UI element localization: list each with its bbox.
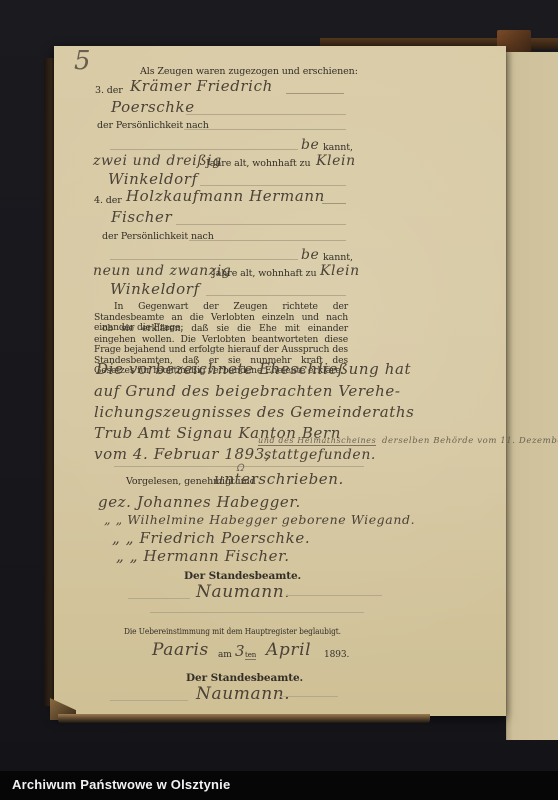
entry4-age: neun und zwanzig bbox=[93, 263, 231, 279]
registrar-signature: Naumann. bbox=[196, 582, 290, 602]
entry3-prefix: 3. der bbox=[95, 85, 123, 96]
note-line3: lichungszeugnisses des Gemeinderaths bbox=[94, 403, 414, 421]
entry4-be: be bbox=[301, 247, 319, 263]
entry4-name-line1: Holzkaufmann Hermann bbox=[126, 187, 325, 205]
note-line2: auf Grund des beigebrachten Verehe- bbox=[94, 382, 401, 400]
archive-caption-bar: Archiwum Państwowe w Olsztynie bbox=[0, 771, 558, 800]
entry3-age-suffix: Jahre alt, wohnhaft zu bbox=[206, 158, 310, 169]
entry4-age-suffix: Jahre alt, wohnhaft zu bbox=[212, 268, 316, 279]
signature-4: „ „ Hermann Fischer. bbox=[116, 547, 290, 565]
cert-am: am bbox=[218, 650, 232, 660]
entry3-be: be bbox=[301, 137, 319, 153]
entry3-age: zwei und dreißig bbox=[93, 153, 222, 169]
register-page: 5 Als Zeugen waren zugezogen und erschie… bbox=[54, 46, 506, 716]
certification-text: Die Uebereinstimmung mit dem Hauptregist… bbox=[124, 627, 341, 636]
registrar2-label: Der Standesbeamte. bbox=[186, 672, 303, 684]
note-stattgefunden: stattgefunden. bbox=[264, 447, 376, 463]
cert-day: 3 bbox=[235, 642, 245, 660]
signature-2: „ „ Wilhelmine Habegger geborene Wiegand… bbox=[104, 512, 415, 527]
cert-year: 1893. bbox=[324, 650, 349, 660]
note-line1: Die vorbezeichnete Eheschließung hat bbox=[96, 360, 411, 378]
witnesses-heading: Als Zeugen waren zugezogen und erschiene… bbox=[140, 66, 358, 77]
entry3-kannt: kannt, bbox=[323, 142, 353, 153]
entry4-name-line2: Fischer bbox=[111, 208, 172, 226]
archive-name: Archiwum Państwowe w Olsztynie bbox=[12, 777, 230, 792]
signature-1: gez. Johannes Habegger. bbox=[98, 493, 301, 511]
entry4-kannt: kannt, bbox=[323, 252, 353, 263]
note-margin: derselben Behörde vom 11. Dezember bbox=[382, 436, 558, 446]
note-insert-above: und des Heimathscheines bbox=[258, 436, 376, 446]
entry4-place2: Winkeldorf bbox=[110, 280, 200, 298]
registrar2-signature: Naumann. bbox=[196, 684, 290, 704]
entry3-name-line1: Krämer Friedrich bbox=[130, 77, 273, 95]
cert-place: Paaris bbox=[152, 640, 209, 660]
entry3-place1: Klein bbox=[316, 153, 356, 169]
page-number: 5 bbox=[74, 46, 91, 76]
note-date: vom 4. Februar 1893, bbox=[94, 445, 270, 463]
entry3-name-line2: Poerschke bbox=[111, 98, 195, 116]
entry4-place1: Klein bbox=[320, 263, 360, 279]
registrar-label: Der Standesbeamte. bbox=[184, 570, 301, 582]
page-stack-edge bbox=[58, 714, 430, 723]
facing-page-edge bbox=[506, 52, 558, 740]
entry3-place2: Winkeldorf bbox=[108, 170, 198, 188]
cert-ten: ten bbox=[245, 651, 256, 660]
entry4-prefix: 4. der bbox=[94, 195, 122, 206]
signature-3: „ „ Friedrich Poerschke. bbox=[112, 529, 310, 547]
readout-hw: unterschrieben. bbox=[214, 470, 344, 488]
cert-month: April bbox=[266, 640, 311, 660]
